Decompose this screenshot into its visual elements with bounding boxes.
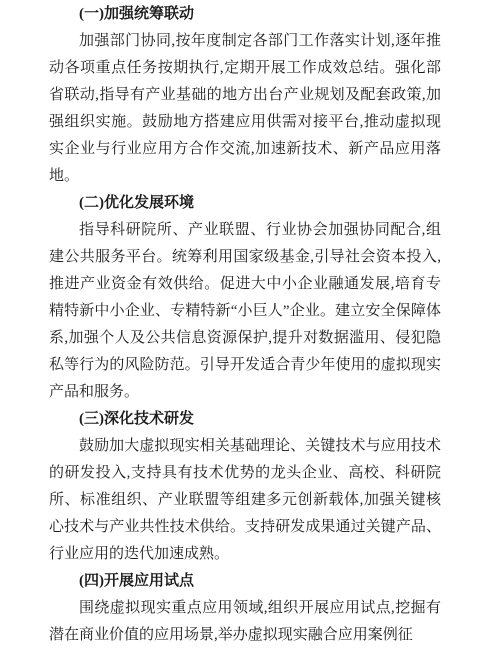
section-3: (三)深化技术研发 鼓励加大虚拟现实相关基础理论、关键技术与应用技术的研发投入,… — [49, 406, 441, 568]
section-1-heading: (一)加强统筹联动 — [49, 1, 441, 28]
section-2: (二)优化发展环境 指导科研院所、产业联盟、行业协会加强协同配合,组建公共服务平… — [49, 190, 441, 406]
section-1-paragraph: 加强部门协同,按年度制定各部门工作落实计划,逐年推动各项重点任务按期执行,定期开… — [49, 28, 441, 190]
section-4-paragraph: 围绕虚拟现实重点应用领域,组织开展应用试点,挖掘有潜在商业价值的应用场景,举办虚… — [49, 595, 441, 649]
section-1: (一)加强统筹联动 加强部门协同,按年度制定各部门工作落实计划,逐年推动各项重点… — [49, 1, 441, 190]
section-4: (四)开展应用试点 围绕虚拟现实重点应用领域,组织开展应用试点,挖掘有潜在商业价… — [49, 568, 441, 649]
section-4-heading: (四)开展应用试点 — [49, 568, 441, 595]
section-3-heading: (三)深化技术研发 — [49, 406, 441, 433]
section-2-paragraph: 指导科研院所、产业联盟、行业协会加强协同配合,组建公共服务平台。统筹利用国家级基… — [49, 217, 441, 406]
section-3-paragraph: 鼓励加大虚拟现实相关基础理论、关键技术与应用技术的研发投入,支持具有技术优势的龙… — [49, 433, 441, 568]
document-page: (一)加强统筹联动 加强部门协同,按年度制定各部门工作落实计划,逐年推动各项重点… — [0, 0, 488, 649]
section-2-heading: (二)优化发展环境 — [49, 190, 441, 217]
